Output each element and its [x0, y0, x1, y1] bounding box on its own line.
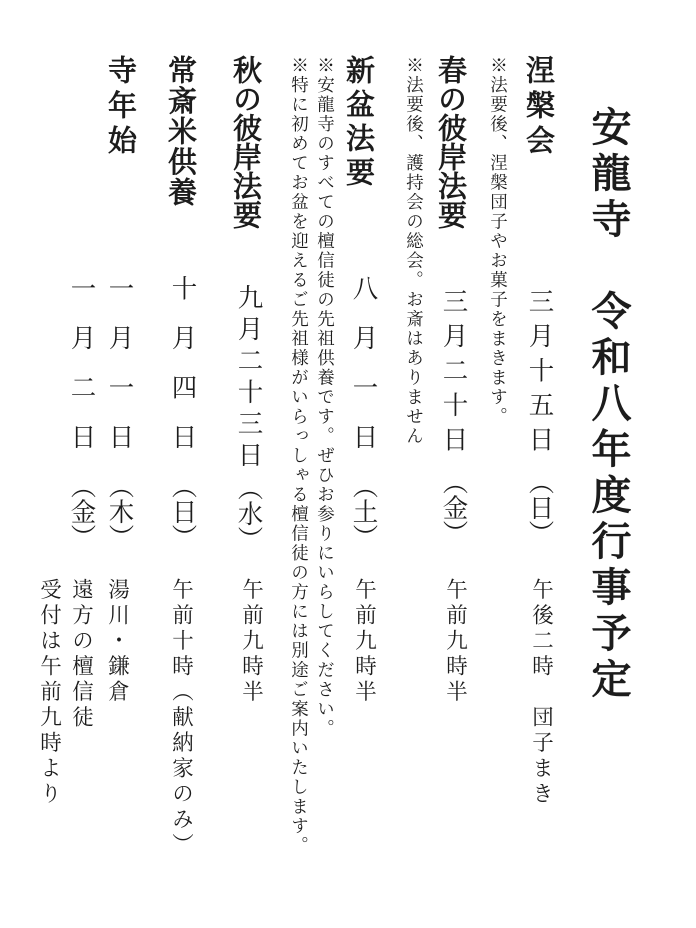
document-title: 安龍寺 令和八年度行事予定 — [588, 106, 628, 704]
event-date-nenshi-day1: 一月一日（木） — [106, 275, 132, 550]
event-name-spring-higan: 春の彼岸法要 — [436, 55, 465, 229]
event-weekday: （金） — [67, 473, 97, 550]
event-date-nehane: 三月十五日（日） — [526, 288, 552, 545]
event-time-nehane: 午後二時 団子まき — [530, 578, 552, 808]
event-weekday: （木） — [105, 473, 135, 550]
event-date-spring-higan: 三月二十日（金） — [440, 288, 466, 545]
event-name-niibon: 新盆法要 — [344, 55, 373, 191]
event-time-niibon: 午前九時半 — [353, 578, 375, 706]
event-date-niibon: 八月一日（土） — [350, 275, 376, 550]
event-reception-note: 受付は午前九時より — [38, 578, 60, 808]
event-date-autumn-higan: 九月二十三日（水） — [235, 284, 261, 552]
event-time-autumn-higan: 午前九時半 — [240, 578, 262, 706]
event-weekday: （土） — [349, 473, 379, 550]
event-note-spring-higan: ※法要後、護持会の総会。お斎はありません — [404, 56, 422, 446]
event-weekday: （水） — [234, 475, 264, 552]
event-note-niibon-2: ※特に初めてお盆を迎えるご先祖様がいらっしゃる檀信徒の方には別途ご案内いたします… — [289, 56, 307, 856]
event-note-nehane: ※法要後、涅槃団子やお菓子をまきます。 — [488, 56, 506, 427]
event-date-text: 八月一日 — [349, 275, 379, 473]
event-date-text: 九月二十三日 — [234, 284, 264, 473]
event-name-nehane: 涅槃会 — [524, 55, 553, 160]
event-group-nenshi-day1: 湯川・鎌倉 — [106, 578, 128, 706]
event-date-jousaimai: 十月四日（日） — [169, 275, 195, 550]
event-weekday: （金） — [439, 469, 469, 546]
event-date-text: 一月二日 — [67, 275, 97, 473]
event-name-autumn-higan: 秋の彼岸法要 — [231, 55, 260, 229]
event-time-spring-higan: 午前九時半 — [444, 578, 466, 706]
event-name-jousaimai: 常斎米供養 — [166, 55, 195, 208]
event-date-text: 十月四日 — [168, 275, 198, 473]
event-time-jousaimai: 午前十時（献納家のみ） — [170, 578, 192, 859]
event-date-text: 一月一日 — [105, 275, 135, 473]
event-note-niibon-1: ※安龍寺のすべての檀信徒の先祖供養です。ぜひお参りにいらしてください。 — [315, 56, 333, 739]
event-date-text: 三月十五日 — [525, 288, 555, 461]
temple-event-schedule-document: 安龍寺 令和八年度行事予定 涅槃会 三月十五日（日） 午後二時 団子まき ※法要… — [0, 0, 696, 928]
event-date-text: 三月二十日 — [439, 288, 469, 461]
event-weekday: （日） — [525, 469, 555, 546]
event-group-nenshi-day2: 遠方の檀信徒 — [70, 578, 92, 731]
event-date-nenshi-day2: 一月二日（金） — [68, 275, 94, 550]
event-weekday: （日） — [168, 473, 198, 550]
event-name-tera-nenshi: 寺年始 — [106, 55, 135, 160]
